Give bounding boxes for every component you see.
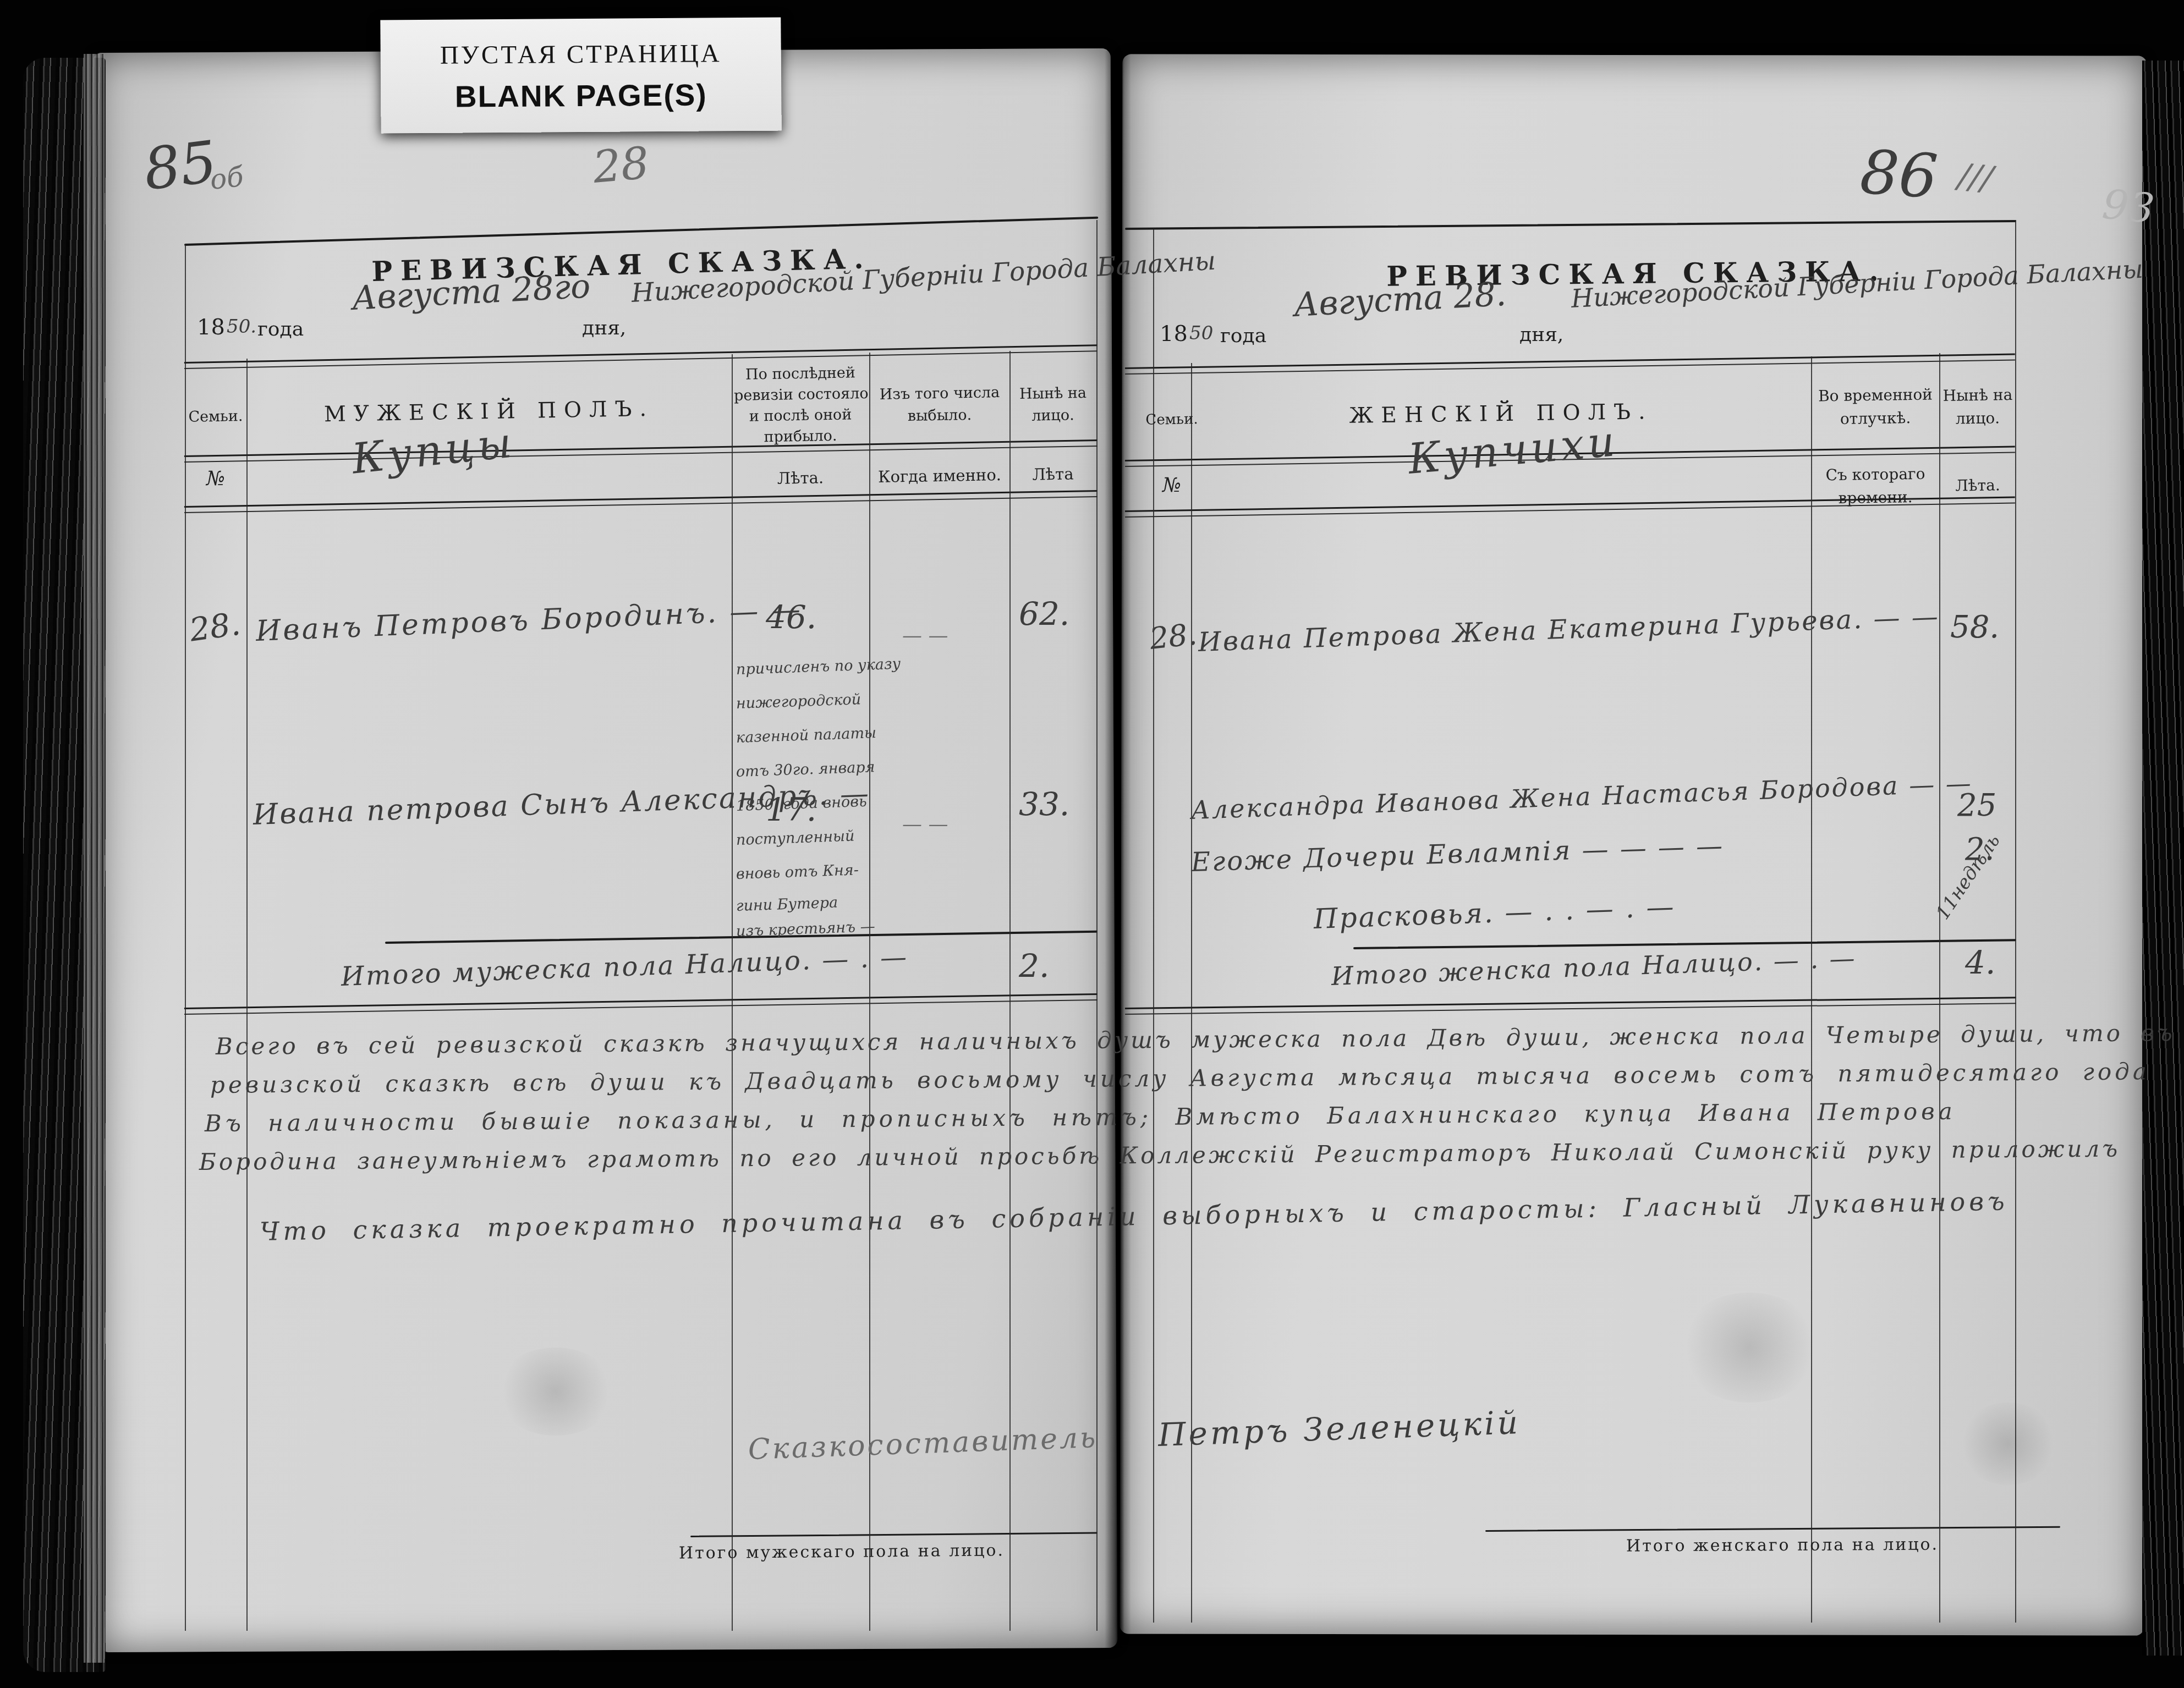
column-rule bbox=[1939, 353, 1940, 1623]
blank-page-label-english: BLANK PAGE(S) bbox=[381, 76, 781, 114]
row-departed-mark: — — bbox=[902, 624, 948, 647]
pencil-tick-marks: /// bbox=[1956, 155, 1995, 199]
column-rule bbox=[246, 359, 248, 1631]
column-subheader-no-right: № bbox=[1144, 474, 1199, 497]
column-header-revision-line: По послѣдней bbox=[734, 364, 868, 383]
column-header-now-line: Нынѣ на bbox=[1011, 384, 1095, 403]
column-rule bbox=[1811, 356, 1812, 1623]
row-age-now: 62. bbox=[1019, 595, 1069, 633]
column-header-revision-line: прибыло. bbox=[734, 427, 868, 446]
blank-page-label-russian: ПУСТАЯ СТРАНИЦА bbox=[381, 38, 781, 70]
column-subheader-age-last: Лѣта. bbox=[734, 468, 868, 488]
row-note-line: гини Бутера bbox=[736, 894, 838, 915]
page-footer-female: Итого женскаго пола на лицо. bbox=[1546, 1535, 2019, 1557]
column-header-family-left: Семьи. bbox=[185, 408, 247, 426]
row-family-number: 28. bbox=[1148, 617, 1199, 656]
row-family-number: 28. bbox=[187, 604, 243, 648]
page-stain bbox=[495, 1348, 616, 1436]
column-rule bbox=[1153, 229, 1154, 1623]
pencil-page-number: 28 bbox=[591, 137, 651, 193]
row-age-now: 58. bbox=[1950, 609, 1999, 645]
column-rule bbox=[732, 354, 733, 1631]
date-prefix-right: 18 bbox=[1160, 321, 1188, 347]
column-rule bbox=[1096, 220, 1098, 1631]
column-header-absence-line: Во временной bbox=[1813, 385, 1938, 405]
column-subheader-since-when-line: времени. bbox=[1813, 487, 1938, 507]
column-rule bbox=[185, 245, 186, 1631]
column-header-revision-line: и послѣ оной bbox=[734, 406, 868, 425]
column-subheader-when-exactly: Когда именно. bbox=[871, 465, 1008, 486]
column-header-departed-line: Изъ того числа bbox=[871, 384, 1008, 403]
column-header-departed-line: выбыло. bbox=[871, 406, 1008, 425]
summary-value-male: 2. bbox=[1019, 947, 1049, 985]
column-subheader-age-now-right: Лѣта. bbox=[1941, 476, 2014, 495]
date-year-right: 50 bbox=[1189, 322, 1213, 344]
page-stain bbox=[1678, 1293, 1821, 1403]
row-age-last-revision: 17. bbox=[766, 791, 816, 828]
row-age-now: 33. bbox=[1019, 785, 1069, 823]
date-year-label-right: года bbox=[1220, 325, 1266, 347]
page-stack-edge-left bbox=[84, 54, 105, 1663]
book-edge-right bbox=[2142, 61, 2184, 1656]
column-subheader-age-now-left: Лѣта bbox=[1011, 464, 1095, 485]
page-stain bbox=[1958, 1403, 2057, 1485]
column-subheader-no-left: № bbox=[185, 468, 246, 490]
row-departed-mark: — — bbox=[902, 813, 948, 835]
date-day-label-left: дня, bbox=[582, 317, 626, 339]
folio-suffix-left: об bbox=[208, 161, 245, 196]
column-rule bbox=[2015, 220, 2016, 1623]
ghost-page-number: 93 bbox=[2100, 180, 2157, 233]
summary-value-female: 4. bbox=[1965, 944, 1995, 981]
row-age-now: 25 bbox=[1957, 788, 1996, 823]
date-year-left: 50. bbox=[227, 316, 256, 338]
date-year-label-left: года bbox=[257, 318, 304, 340]
column-header-absence-line: отлучкѣ. bbox=[1813, 408, 1938, 428]
column-header-now-line: лицо. bbox=[1941, 409, 2014, 428]
book-gutter-shadow bbox=[1105, 51, 1131, 1648]
blank-page-label: ПУСТАЯ СТРАНИЦА BLANK PAGE(S) bbox=[380, 17, 781, 133]
column-header-now-line: Нынѣ на bbox=[1941, 386, 2014, 405]
page-footer-male: Итого мужескаго пола на лицо. bbox=[627, 1541, 1056, 1564]
column-subheader-since-when-line: Съ котораго bbox=[1813, 464, 1938, 484]
column-header-revision-line: ревизіи состояло bbox=[734, 385, 868, 404]
date-day-label-right: дня, bbox=[1519, 323, 1563, 346]
date-prefix-left: 18 bbox=[197, 315, 225, 340]
column-header-now-line: лицо. bbox=[1011, 406, 1095, 425]
row-age-last-revision: 46. bbox=[766, 598, 816, 636]
book-scan: ПУСТАЯ СТРАНИЦА BLANK PAGE(S) 85 об 28 Р… bbox=[0, 0, 2184, 1688]
folio-number-right: 86 bbox=[1858, 136, 1940, 212]
